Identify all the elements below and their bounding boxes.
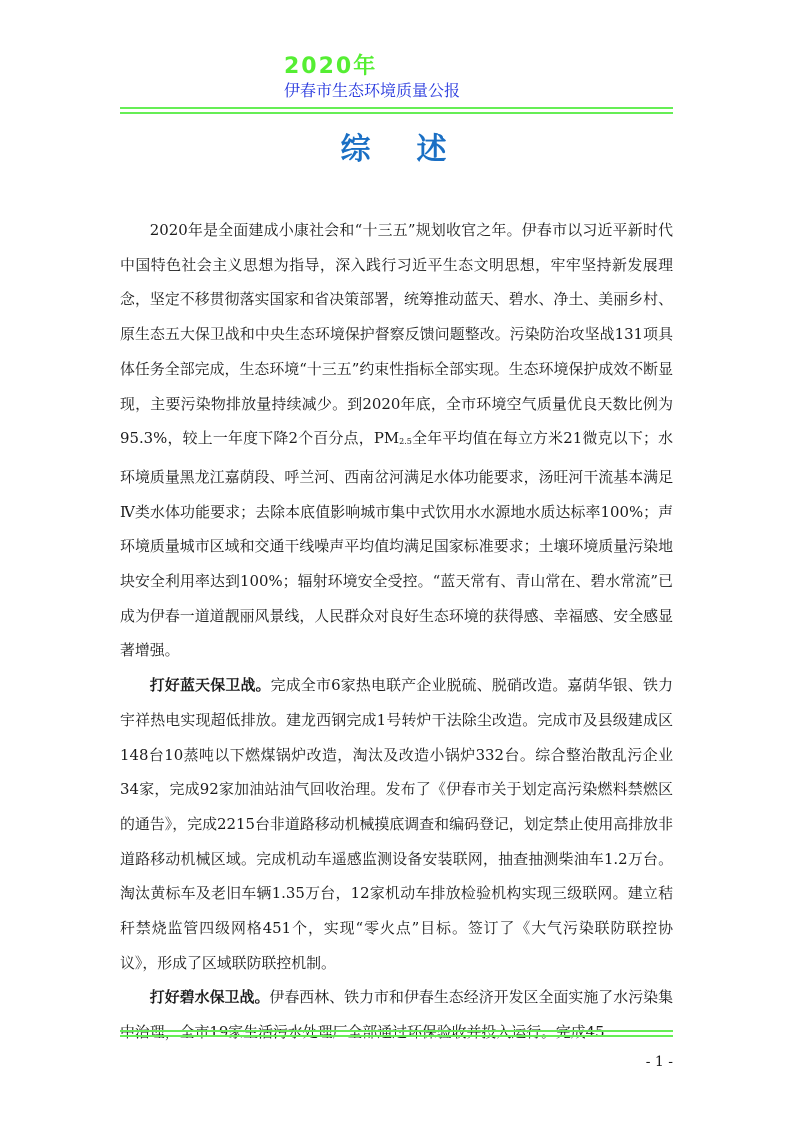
paragraph-lead: 打好碧水保卫战。 [150,988,270,1006]
page-number: - 1 - [600,1052,673,1072]
paragraph-lead: 打好蓝天保卫战。 [150,676,271,694]
paragraph-overview: 2020年是全面建成小康社会和“十三五”规划收官之年。伊春市以习近平新时代中国特… [120,213,673,668]
body-text: 2020年是全面建成小康社会和“十三五”规划收官之年。伊春市以习近平新时代中国特… [120,213,673,1050]
section-title: 综述 [0,130,793,170]
section-title-char-2: 述 [417,132,453,167]
section-title-char-1: 综 [341,132,377,167]
footer-rule-top [120,1030,673,1032]
header-rule-top [120,107,673,109]
paragraph-clear-water: 打好碧水保卫战。伊春西林、铁力市和伊春生态经济开发区全面实施了水污染集中治理，全… [120,980,673,1049]
pm-subscript: 2.5 [399,437,412,446]
header-double-rule [120,107,673,114]
paragraph-text: 完成全市6家热电联产企业脱硫、脱硝改造。嘉荫华银、铁力宇祥热电实现超低排放。建龙… [120,676,673,972]
report-year: 2020年 [284,56,434,78]
paragraph-text: 2020年是全面建成小康社会和“十三五”规划收官之年。伊春市以习近平新时代中国特… [120,221,673,447]
paragraph-blue-sky: 打好蓝天保卫战。完成全市6家热电联产企业脱硫、脱硝改造。嘉荫华银、铁力宇祥热电实… [120,668,673,980]
report-title: 伊春市生态环境质量公报 [284,81,524,101]
header-rule-bottom [120,112,673,114]
footer-rule-bottom [120,1035,673,1037]
footer-double-rule [120,1030,673,1037]
paragraph-text: 全年平均值在每立方米21微克以下；水环境质量黑龙江嘉荫段、呼兰河、西南岔河满足水… [120,429,673,659]
